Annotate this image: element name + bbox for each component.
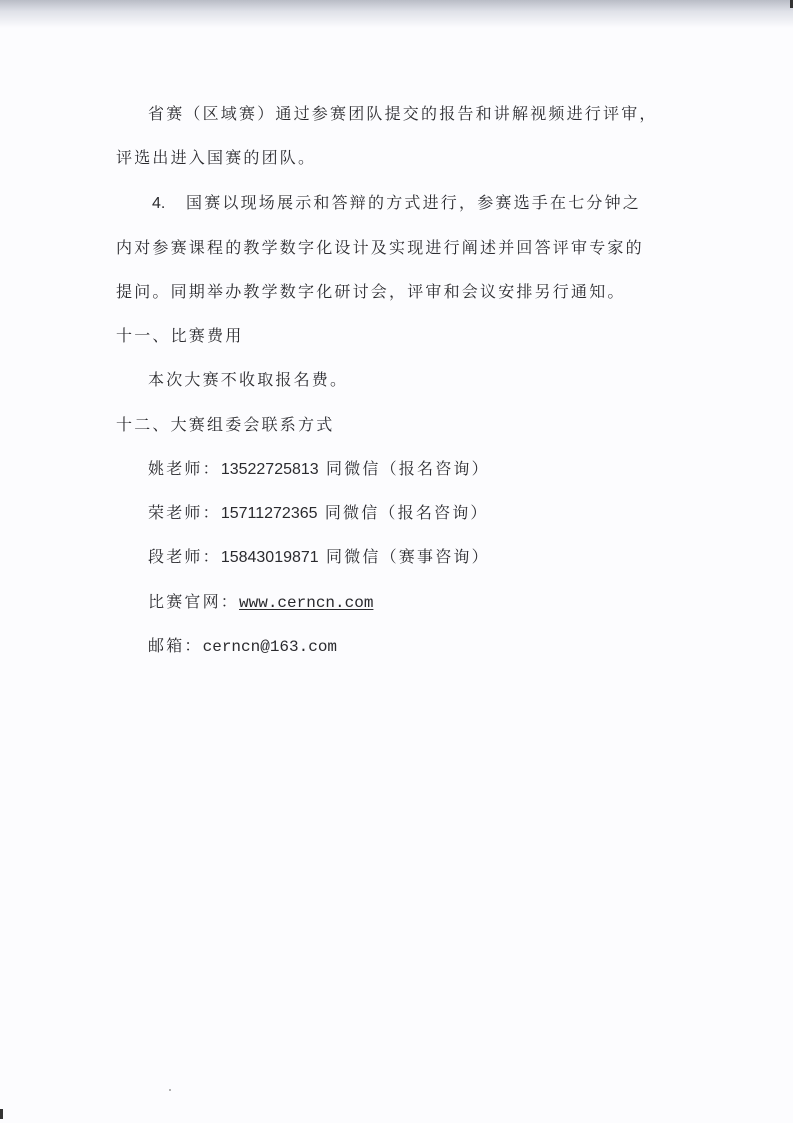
fees-body: 本次大赛不收取报名费。 — [148, 370, 348, 390]
section-heading-contacts: 十二、大赛组委会联系方式 — [116, 415, 334, 435]
section-heading-fees: 十一、比赛费用 — [116, 326, 243, 346]
contact-phone: 15711272365 — [221, 505, 318, 522]
contact-name: 荣老师： — [148, 503, 221, 522]
scan-top-shadow — [0, 0, 793, 28]
email-address: cerncn@163.com — [203, 638, 337, 656]
paragraph-line: 提问。同期举办教学数字化研讨会，评审和会议安排另行通知。 — [116, 282, 626, 302]
contact-row: 段老师：15843019871 同微信（赛事咨询） — [148, 547, 490, 568]
email-row: 邮箱：cerncn@163.com — [148, 636, 337, 657]
contact-note: 同微信（报名咨询） — [325, 503, 489, 522]
website-label: 比赛官网： — [148, 592, 239, 611]
list-number: 4. — [152, 193, 165, 214]
email-label: 邮箱： — [148, 636, 203, 655]
contact-note: 同微信（赛事咨询） — [326, 547, 490, 566]
scan-edge-mark — [0, 1109, 3, 1119]
contact-phone: 13522725813 — [221, 461, 319, 478]
website-row: 比赛官网：www.cerncn.com — [148, 592, 373, 613]
contact-row: 姚老师：13522725813 同微信（报名咨询） — [148, 459, 490, 480]
paragraph-line: 内对参赛课程的教学数字化设计及实现进行阐述并回答评审专家的 — [116, 238, 644, 258]
contact-name: 姚老师： — [148, 459, 221, 478]
paragraph-line: 评选出进入国赛的团队。 — [116, 148, 316, 168]
scan-speck — [169, 1089, 171, 1091]
item-number: 4. — [152, 195, 165, 212]
paragraph-line: 国赛以现场展示和答辩的方式进行，参赛选手在七分钟之 — [186, 193, 641, 213]
contact-note: 同微信（报名咨询） — [326, 459, 490, 478]
contact-phone: 15843019871 — [221, 549, 319, 566]
contact-row: 荣老师：15711272365 同微信（报名咨询） — [148, 503, 489, 524]
website-link[interactable]: www.cerncn.com — [239, 594, 373, 612]
paragraph-line: 省赛（区域赛）通过参赛团队提交的报告和讲解视频进行评审， — [148, 104, 658, 124]
contact-name: 段老师： — [148, 547, 221, 566]
